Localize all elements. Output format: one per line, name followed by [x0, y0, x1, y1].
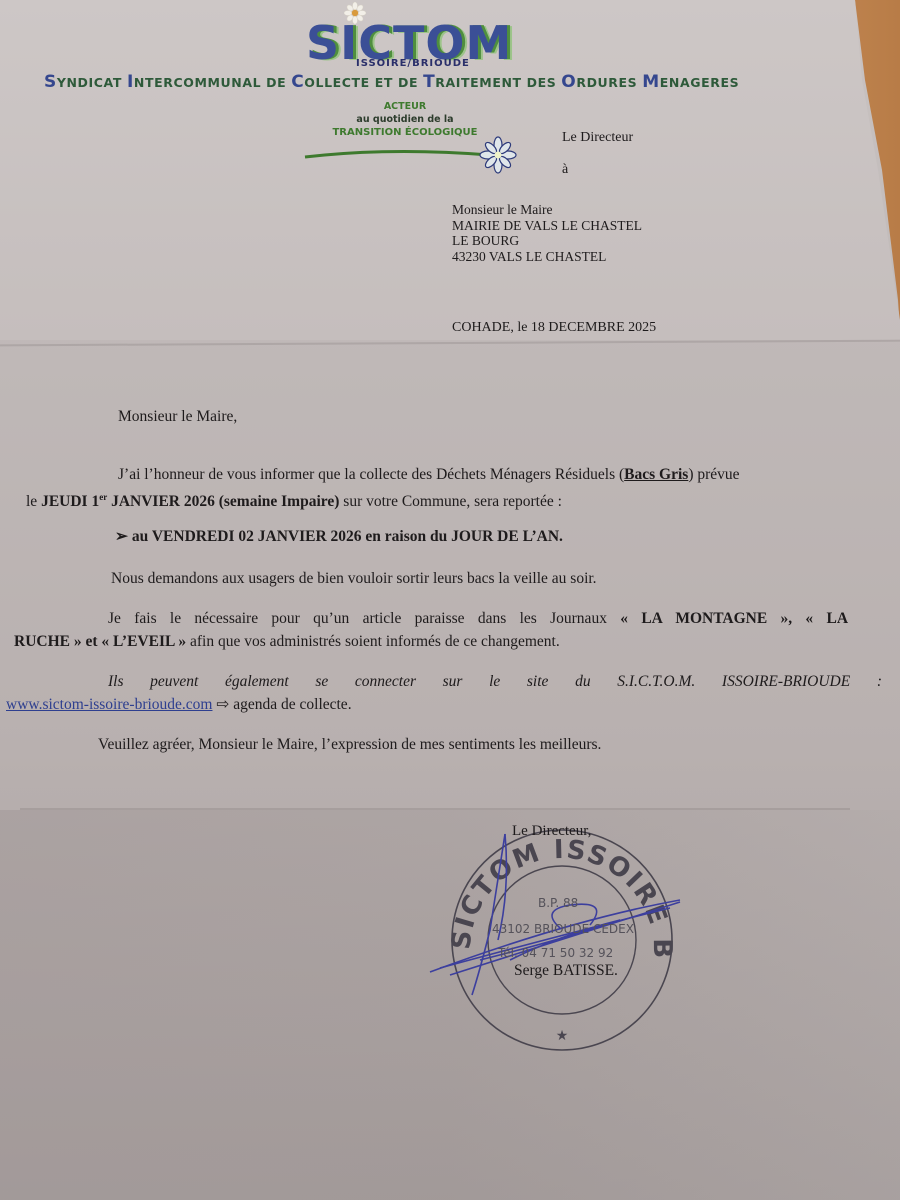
text: JEUDI 1 — [41, 493, 99, 510]
new-date-text: au VENDREDI 02 JANVIER 2026 en raison du… — [132, 528, 563, 545]
new-date-bullet: ➢ au VENDREDI 02 JANVIER 2026 en raison … — [115, 527, 563, 546]
tagline-line-1: ACTEUR — [300, 100, 510, 113]
org-name-word: Traitement — [423, 75, 527, 90]
bins-label: Bacs Gris — [624, 466, 688, 483]
sender-to: à — [562, 162, 568, 178]
stamp-postcode: 43102 BRIOUDE CEDEX — [492, 922, 634, 936]
recipient-address: Monsieur le Maire MAIRIE DE VALS LE CHAS… — [452, 202, 642, 264]
stamp-phone: Tél. 04 71 50 32 92 — [498, 946, 613, 960]
sictom-logo: SICTOM ISSOIRE/BRIOUDE — [300, 2, 540, 72]
green-swoosh-flower-icon — [300, 135, 530, 185]
arrowhead-bullet-icon: ➢ — [115, 528, 128, 545]
paragraph-collection-notice: J’ai l’honneur de vous informer que la c… — [26, 463, 844, 513]
sender-title: Le Directeur — [562, 130, 633, 146]
place-and-date: COHADE, le 18 DECEMBRE 2025 — [452, 320, 656, 336]
text: ) prévue — [688, 466, 739, 483]
recipient-line: 43230 VALS LE CHASTEL — [452, 249, 642, 265]
text: le — [26, 493, 41, 510]
text: JANVIER 2026 (semaine Impaire) — [107, 493, 339, 510]
org-name-word: Collecte — [291, 75, 375, 90]
paragraph-newspapers: Je fais le nécessaire pour qu’un article… — [14, 607, 848, 653]
website-link[interactable]: www.sictom-issoire-brioude.com — [6, 696, 212, 713]
org-name-word: de — [398, 75, 423, 90]
logo-subtitle: ISSOIRE/BRIOUDE — [356, 58, 470, 69]
org-name-word: Intercommunal — [127, 75, 266, 90]
closing-formula: Veuillez agréer, Monsieur le Maire, l’ex… — [98, 733, 601, 756]
stamp-po-box: B.P. 88 — [538, 896, 578, 910]
org-name-word: Ordures — [561, 75, 642, 90]
newspaper-names: « LA MONTAGNE », « LA — [620, 610, 848, 627]
text: er — [99, 492, 107, 502]
newspaper-names: RUCHE » et « L’EVEIL » — [14, 633, 186, 650]
recipient-line: MAIRIE DE VALS LE CHASTEL — [452, 218, 642, 234]
org-name-word: et — [375, 75, 398, 90]
text: agenda de collecte. — [229, 696, 351, 713]
text: J’ai l’honneur de vous informer que la c… — [118, 466, 624, 483]
paragraph-bins-evening: Nous demandons aux usagers de bien voulo… — [111, 567, 597, 590]
paragraph-website: Ils peuvent également se connecter sur l… — [6, 670, 882, 716]
tagline-line-2: au quotidien de la — [300, 113, 510, 126]
text: Je fais le nécessaire pour qu’un article… — [108, 610, 620, 627]
signatory-name: Serge BATISSE. — [514, 962, 618, 980]
paper-fold-line — [0, 340, 900, 347]
tagline: ACTEUR au quotidien de la TRANSITION ÉCO… — [300, 100, 510, 139]
org-name-word: des — [527, 75, 562, 90]
salutation: Monsieur le Maire, — [118, 408, 237, 426]
text: sur votre Commune, sera reportée : — [339, 493, 562, 510]
recipient-line: LE BOURG — [452, 233, 642, 249]
text: Ils peuvent également se connecter sur l… — [6, 670, 882, 693]
org-name-word: de — [266, 75, 291, 90]
text: afin que vos administrés soient informés… — [186, 633, 560, 650]
org-name-word: Syndicat — [44, 75, 127, 90]
original-date: JEUDI 1er JANVIER 2026 (semaine Impaire) — [41, 493, 339, 510]
svg-text:★: ★ — [556, 1029, 569, 1044]
org-name-word: Menageres — [642, 75, 739, 90]
recipient-line: Monsieur le Maire — [452, 202, 642, 218]
signature-title: Le Directeur, — [512, 823, 591, 840]
organization-full-name: Syndicat Intercommunal de Collecte et de… — [44, 72, 739, 92]
right-arrow-icon: ⇨ — [216, 696, 229, 713]
